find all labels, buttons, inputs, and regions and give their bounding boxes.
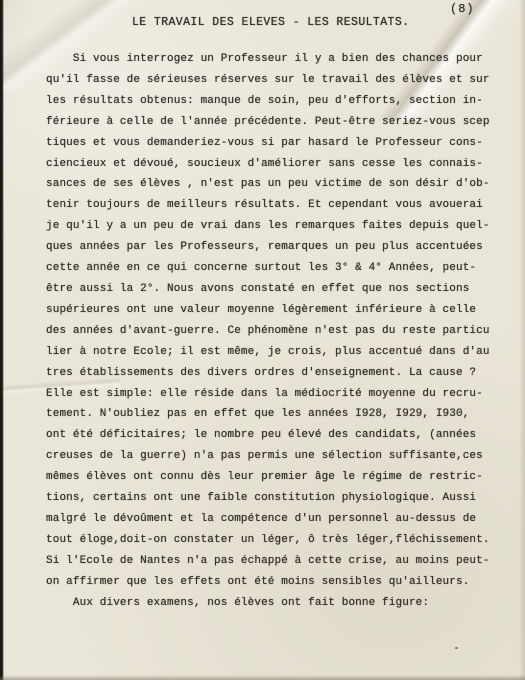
page-right-edge (519, 0, 525, 680)
document-page: (8) LE TRAVAIL DES ELEVES - LES RESULTAT… (0, 0, 525, 680)
page-left-edge (0, 0, 4, 680)
page-bottom-edge (0, 675, 525, 680)
document-body: Si vous interrogez un Professeur il y a … (46, 49, 496, 613)
ink-speck (455, 647, 458, 649)
page-number: (8) (450, 2, 475, 16)
document-title: LE TRAVAIL DES ELEVES - LES RESULTATS. (132, 16, 409, 29)
